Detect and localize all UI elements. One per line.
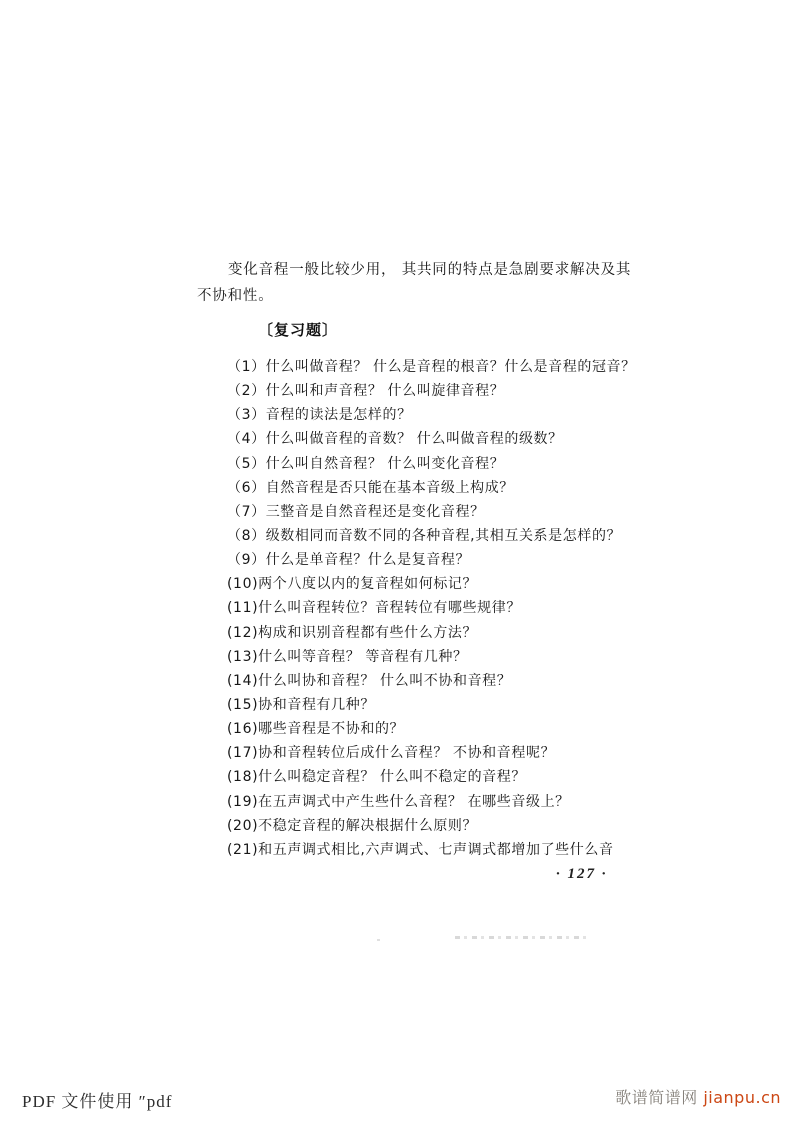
scan-artifact-line [455, 936, 590, 939]
question-line-13: (13)什么叫等音程？ 等音程有几种？ [227, 645, 636, 669]
pdf-watermark-text: PDF 文件使用 ″pdf [22, 1087, 172, 1112]
question-line-4: （4）什么叫做音程的音数？ 什么叫做音程的级数？ [227, 427, 636, 451]
question-line-7: （7）三整音是自然音程还是变化音程？ [227, 500, 636, 524]
scan-artifact-speck [377, 939, 380, 941]
question-line-20: (20)不稳定音程的解决根据什么原则？ [227, 814, 636, 838]
question-line-5: （5）什么叫自然音程？ 什么叫变化音程？ [227, 452, 636, 476]
question-line-15: (15)协和音程有几种？ [227, 693, 636, 717]
question-line-16: (16)哪些音程是不协和的？ [227, 717, 636, 741]
paragraph-line: 不协和性。 [197, 284, 274, 305]
site-watermark: 歌谱简谱网 jianpu.cn [615, 1085, 781, 1108]
question-line-1: （1）什么叫做音程？ 什么是音程的根音？什么是音程的冠音？ [227, 355, 636, 379]
question-line-12: (12)构成和识别音程都有些什么方法？ [227, 621, 636, 645]
site-name-label: 歌谱简谱网 [615, 1088, 698, 1107]
paragraph-line: 变化音程一般比较少用， 其共同的特点是急剧要求解决及其 [228, 258, 631, 279]
page-number: · 127 · [556, 866, 608, 883]
question-line-8: （8）级数相同而音数不同的各种音程,其相互关系是怎样的？ [227, 524, 636, 548]
question-line-3: （3）音程的读法是怎样的？ [227, 403, 636, 427]
question-line-14: (14)什么叫协和音程？ 什么叫不协和音程？ [227, 669, 636, 693]
question-line-21: (21)和五声调式相比,六声调式、七声调式都增加了些什么音 [227, 838, 636, 862]
question-line-2: （2）什么叫和声音程？ 什么叫旋律音程？ [227, 379, 636, 403]
question-line-6: （6）自然音程是否只能在基本音级上构成？ [227, 476, 636, 500]
scanned-book-page: 变化音程一般比较少用， 其共同的特点是急剧要求解决及其 不协和性。 〔复习题〕 … [0, 0, 794, 1122]
question-list: （1）什么叫做音程？ 什么是音程的根音？什么是音程的冠音？ （2）什么叫和声音程… [227, 355, 636, 862]
question-line-19: (19)在五声调式中产生些什么音程？ 在哪些音级上？ [227, 790, 636, 814]
question-line-10: (10)两个八度以内的复音程如何标记？ [227, 572, 636, 596]
section-heading-review-questions: 〔复习题〕 [258, 319, 338, 340]
question-line-11: (11)什么叫音程转位？音程转位有哪些规律？ [227, 596, 636, 620]
question-line-17: (17)协和音程转位后成什么音程？ 不协和音程呢？ [227, 741, 636, 765]
site-url-label: jianpu.cn [703, 1088, 781, 1107]
question-line-18: (18)什么叫稳定音程？ 什么叫不稳定的音程？ [227, 765, 636, 789]
question-line-9: （9）什么是单音程？什么是复音程？ [227, 548, 636, 572]
